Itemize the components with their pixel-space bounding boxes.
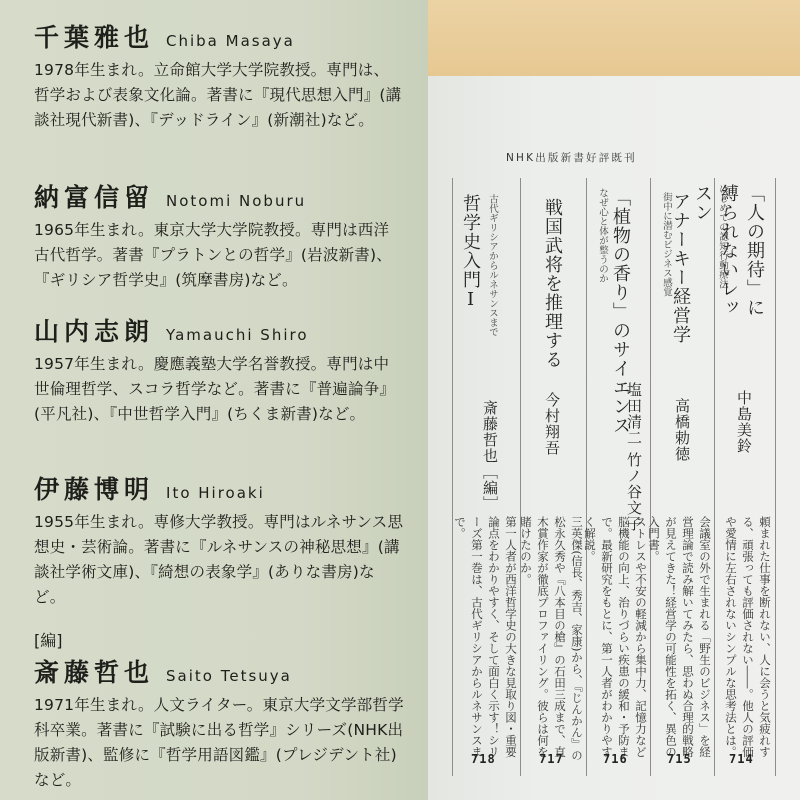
author-name-en: Saito Tetsuya xyxy=(166,667,292,685)
book-description: 頼まれた仕事を断れない、人に会うと気疲れする、頑張っても評価されない――。他人の… xyxy=(719,516,773,761)
wooden-table-background xyxy=(428,0,800,76)
book-authors: 斎藤哲也［編］ xyxy=(480,400,501,512)
book-description: ストレスや不安の軽減から集中力、記憶力など脳機能の向上、治りづらい疾患の緩和・予… xyxy=(593,516,649,761)
author-name-ja: 納富信留 xyxy=(34,178,154,214)
left-page: 千葉雅也Chiba Masaya 1978年生まれ。立命館大学大学院教授。専門は… xyxy=(0,0,428,800)
book-number: 717 xyxy=(539,752,564,766)
book-authors: 今村翔吾 xyxy=(542,392,563,456)
book-authors: 高橋勅徳 xyxy=(672,398,693,462)
book-subtitle: なぜ心と体が整うのか xyxy=(595,188,609,283)
author-name-en: Yamauchi Shiro xyxy=(166,326,309,344)
book-number: 715 xyxy=(667,752,692,766)
book-title: 戦国武将を推理する xyxy=(539,198,565,369)
book-subtitle: はじめての認知行動療法 xyxy=(715,184,729,289)
book-title: 哲学史入門Ⅰ xyxy=(457,194,483,311)
book-column: 「人の期待」に縛られないレッスン はじめての認知行動療法 中島美鈴 頼まれた仕事… xyxy=(714,178,776,776)
author-name-ja: 千葉雅也 xyxy=(34,18,154,54)
book-number: 714 xyxy=(729,752,754,766)
author-entry: 伊藤博明Ito Hiroaki 1955年生まれ。専修大学教授。専門はルネサンス… xyxy=(34,470,404,610)
book-authors: 中島美鈴 xyxy=(734,390,755,454)
author-entry: 納富信留Notomi Noburu 1965年生まれ。東京大学大学院教授。専門は… xyxy=(34,178,404,293)
author-entry: 千葉雅也Chiba Masaya 1978年生まれ。立命館大学大学院教授。専門は… xyxy=(34,18,404,133)
book-description: 会議室の外で生まれる「野生のビジネス」を経営理論で読み解いてみたら、思わぬ合理的… xyxy=(657,516,713,761)
author-name-ja: 山内志朗 xyxy=(34,312,154,348)
book-column: 「植物の香り」のサイエンス なぜ心と体が整うのか 塩田清二 竹ノ谷文子 ストレス… xyxy=(586,178,651,776)
author-name-ja: 斎藤哲也 xyxy=(34,653,154,689)
book-column: 戦国武将を推理する 今村翔吾 三英傑(信長、秀吉、家康)から、『じんかん』の松永… xyxy=(520,178,587,776)
author-name-en: Ito Hiroaki xyxy=(166,484,265,502)
book-description: 三英傑(信長、秀吉、家康)から、『じんかん』の松永久秀や『八本目の槍』の石田三成… xyxy=(527,516,585,761)
book-subtitle: 街中に潜むビジネス感覚 xyxy=(659,192,673,297)
author-name-en: Notomi Noburu xyxy=(166,192,306,210)
author-bio: 1957年生まれ。慶應義塾大学名誉教授。専門は中世倫理哲学、スコラ哲学など。著書… xyxy=(34,352,404,427)
book-authors: 塩田清二 竹ノ谷文子 xyxy=(624,382,645,462)
author-name-ja: 伊藤博明 xyxy=(34,470,154,506)
author-entry: 山内志朗Yamauchi Shiro 1957年生まれ。慶應義塾大学名誉教授。専… xyxy=(34,312,404,427)
editor-role-label: [編] xyxy=(34,628,404,651)
book-description: 第一人者が西洋哲学史の大きな見取り図・重要論点をわかりやすく、そして面白く示す！… xyxy=(459,516,519,761)
book-number: 718 xyxy=(471,752,496,766)
book-column: 哲学史入門Ⅰ 古代ギリシアからルネサンスまで 斎藤哲也［編］ 第一人者が西洋哲学… xyxy=(452,178,521,776)
author-bio: 1965年生まれ。東京大学大学院教授。専門は西洋古代哲学。著書『プラトンとの哲学… xyxy=(34,218,404,293)
author-bio: 1978年生まれ。立命館大学大学院教授。専門は、哲学および表象文化論。著書に『現… xyxy=(34,58,404,133)
author-entry: [編] 斎藤哲也Saito Tetsuya 1971年生まれ。人文ライター。東京… xyxy=(34,628,404,793)
author-bio: 1955年生まれ。専修大学教授。専門はルネサンス思想史・芸術論。著書に『ルネサン… xyxy=(34,510,404,610)
series-title: NHK出版新書好評既刊 xyxy=(506,150,637,165)
book-subtitle: 古代ギリシアからルネサンスまで xyxy=(485,194,499,337)
author-bio: 1971年生まれ。人文ライター。東京大学文学部哲学科卒業。著書に『試験に出る哲学… xyxy=(34,693,404,793)
book-number: 716 xyxy=(603,752,628,766)
author-name-en: Chiba Masaya xyxy=(166,32,295,50)
